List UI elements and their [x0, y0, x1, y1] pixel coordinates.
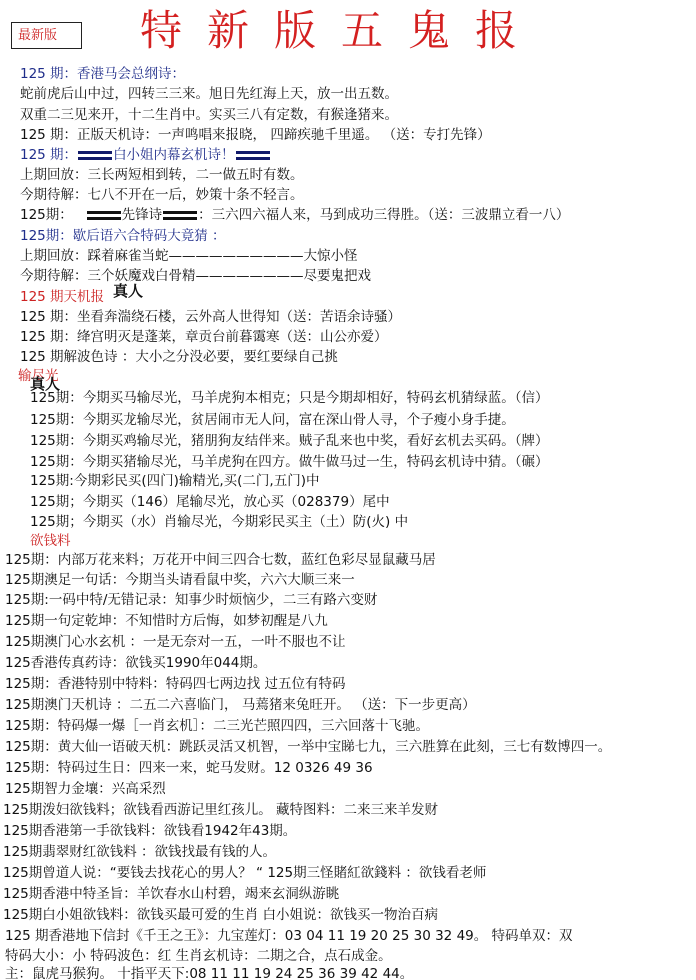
money-line: 125期翡翠财红欲钱料 ：欲钱找最有钱的人。 — [3, 842, 276, 862]
riddle-line: 上期回放：踩着麻雀当蛇——————————大惊小怪 — [20, 246, 358, 266]
period-label: 125 期： — [20, 147, 77, 163]
section-heading-xiehouyu: 125期：歇后语六合特码大竟猜 ： — [20, 226, 226, 246]
latest-version-badge: 最新版 — [11, 22, 82, 49]
money-line: 125期泼妇欲钱料；欲钱看西游记里红孩儿。 藏特图料：二来三来羊发财 — [3, 800, 438, 820]
loss-line: 125期：今期买猪输尽光，马羊虎狗在四方。做牛做马过一生，特码玄机诗中猜。（碾） — [30, 452, 549, 472]
money-line: 125期一句定乾坤：不知惜时方后悔，如梦初醒是八九 — [5, 611, 328, 631]
section-heading-tianji: 125 期天机报 — [20, 287, 104, 307]
loss-line: 125期:今期彩民买(四门)输精光,买(二门,五门)中 — [30, 471, 319, 491]
section-heading-xuanji: 125 期：白小姐内幕玄机诗！ — [20, 145, 271, 165]
double-bar-icon — [236, 151, 270, 160]
xianfeng-line: 125期： 先锋诗：三六四六福人来，马到成功三得胜。（送：三波鼎立看一八） — [20, 205, 569, 225]
poem-line: 蛇前虎后山中过，四转三三来。旭日先红海上天，放一出五数。 — [20, 84, 398, 104]
overlay-stamp: 真人 — [113, 280, 143, 301]
money-line: 125期：内部万花来料；万花开中间三四合七数，蓝红色彩尽显鼠藏马居 — [5, 550, 436, 570]
xuanji-title: 白小姐内幕玄机诗！ — [113, 147, 235, 163]
xianfeng-title: 先锋诗 — [122, 207, 163, 223]
money-line: 125期曾道人说：“要钱去找花心的男人？ “ 125期三怪賭紅欲錢料 ：欲钱看老… — [3, 863, 486, 883]
money-line: 125 期香港地下信封《千王之王》：九宝莲灯：03 04 11 19 20 25… — [5, 926, 573, 946]
poem-line: 125 期：正版天机诗：一声鸣唱来报晓， 四蹄疾驰千里遥。 （送：专打先锋） — [20, 125, 491, 145]
money-line: 125期：黄大仙一语破天机：跳跃灵活又机智，一举中宝睇七九，三六胜算在此刻，三七… — [5, 737, 611, 757]
section-heading-yuqianliao: 欲钱料 — [30, 531, 71, 551]
loss-line: 125期：今期买鸡输尽光，猪朋狗友结伴来。贼子乱来也中奖，看好玄机去买码。（牌） — [30, 431, 549, 451]
section-heading-zonggang: 125 期：香港马会总纲诗： — [20, 64, 185, 84]
loss-line: 125期：今期买马输尽光，马羊虎狗本相克；只是今期却相好，特码玄机猜绿蓝。（信） — [30, 388, 549, 408]
period-label: 125期： — [20, 207, 73, 223]
replay-line: 上期回放：三长两短相到转，二一做五时有数。 — [20, 165, 304, 185]
money-line: 125期澳门天机诗 ：二五二六喜临门， 马蔫猪来兔旺开。 （送：下一步更高） — [5, 695, 476, 715]
tianji-line: 125 期：坐看奔湍绕石楼，云外高人世得知（送：苦语余诗骚） — [20, 307, 401, 327]
poem-line: 双重二三见来开，十二生肖中。实买三八有定数，有猴逢猪来。 — [20, 105, 398, 125]
double-bar-icon — [87, 211, 121, 220]
money-line: 125期：香港特别中特料：特码四七两边找 过五位有特码 — [5, 674, 346, 694]
double-bar-icon — [163, 211, 197, 220]
loss-line: 125期：今期买龙输尽光，贫居闹市无人问，富在深山骨人寻，个子瘦小身手捷。 — [30, 410, 515, 430]
money-line: 125期澳足一句话：今期当头请看鼠中奖，六六大顺三来一 — [5, 570, 355, 590]
money-line: 特码大小：小 特码波色：红 生肖玄机诗：二期之合，点石成金。 — [5, 946, 392, 966]
riddle-line: 今期待解：三个妖魔戏白骨精————————尽要鬼把戏 — [20, 266, 371, 286]
loss-line: 125期；今期买（146）尾输尽光，放心买（028379）尾中 — [30, 492, 390, 512]
money-line: 125香港传真药诗：欲钱买1990年044期。 — [5, 653, 266, 673]
money-line: 125期智力金壤：兴高采烈 — [5, 779, 166, 799]
money-line: 125期：特码爆一爆［一肖玄机］：二三光芒照四四，三六回落十飞驰。 — [5, 716, 429, 736]
loss-line: 125期；今期买（水）肖输尽光，今期彩民买主（土）防(火) 中 — [30, 512, 408, 532]
xianfeng-text: ：三六四六福人来，马到成功三得胜。（送：三波鼎立看一八） — [198, 207, 569, 223]
money-line: 125期白小姐欲钱料：欲钱买最可爱的生肖 白小姐说：欲钱买一物治百病 — [3, 905, 438, 925]
double-bar-icon — [78, 151, 112, 160]
tianji-line: 125 期：绛宫明灭是蓬莱，章贡台前暮霭寒（送：山公亦爱） — [20, 327, 388, 347]
pending-line: 今期待解：七八不开在一后，妙策十条不轻言。 — [20, 185, 304, 205]
money-line: 125期：特码过生日：四来一来，蛇马发财。12 0326 49 36 — [5, 758, 373, 778]
money-line: 125期澳门心水玄机 ：一是无奈对一五，一叶不服也不让 — [5, 632, 346, 652]
money-line: 125期香港中特圣旨：羊饮春水山村碧，竭来玄洞纵游眺 — [3, 884, 339, 904]
money-line: 主：鼠虎马猴狗。 十指平天下:08 11 11 19 24 25 36 39 4… — [5, 964, 413, 980]
page-title: 特新版五鬼报 — [140, 2, 542, 60]
money-line: 125期香港第一手欲钱料：欲钱看1942年43期。 — [3, 821, 296, 841]
wave-color-line: 125 期解波色诗 ：大小之分没必要，要红要绿自己挑 — [20, 347, 338, 367]
money-line: 125期:一码中特/无错记录：知事少时烦恼少，二三有路六变财 — [5, 590, 377, 610]
